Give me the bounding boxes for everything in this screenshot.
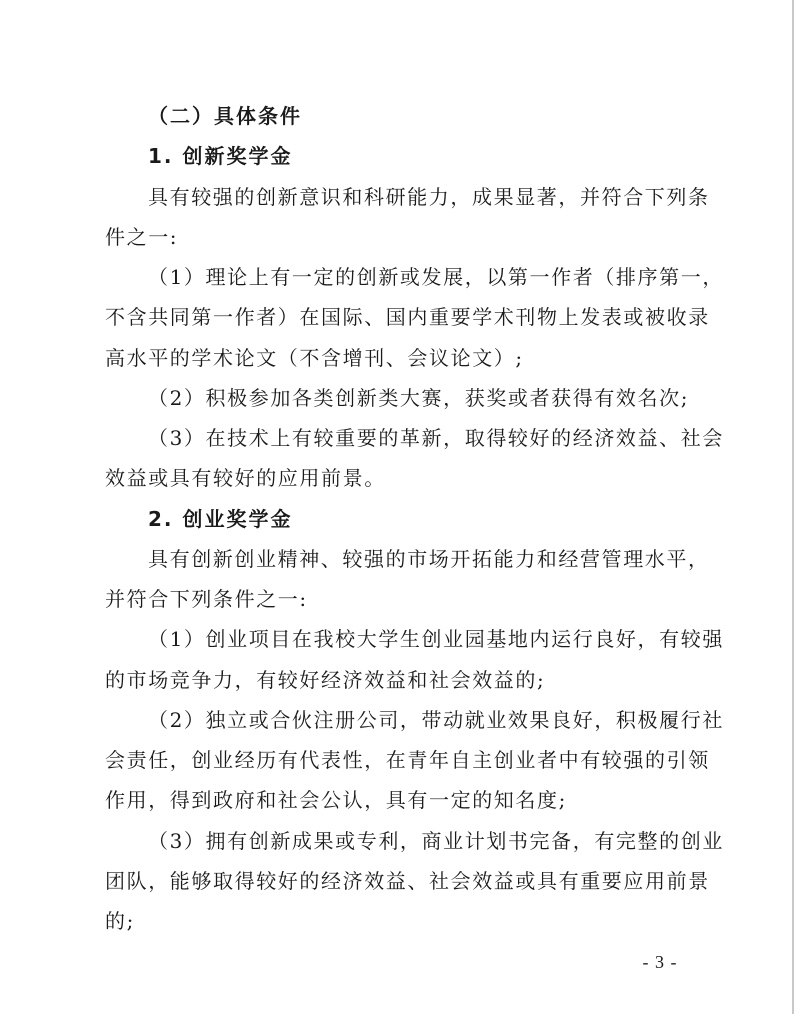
entrepreneurship-intro-line-1: 具有创新创业精神、较强的市场开拓能力和经营管理水平， <box>105 539 695 579</box>
section-heading: （二）具体条件 <box>105 96 695 136</box>
innovation-condition-1-line-1: （1）理论上有一定的创新或发展，以第一作者（排序第一， <box>105 257 695 297</box>
innovation-intro-line-1: 具有较强的创新意识和科研能力，成果显著，并符合下列条 <box>105 177 695 217</box>
entrepreneurship-condition-2-line-3: 作用，得到政府和社会公认，具有一定的知名度; <box>105 780 695 820</box>
entrepreneurship-condition-3-line-1: （3）拥有创新成果或专利，商业计划书完备，有完整的创业 <box>105 821 695 861</box>
innovation-condition-2-line-1: （2）积极参加各类创新类大赛，获奖或者获得有效名次; <box>105 378 695 418</box>
page-number: - 3 - <box>635 952 685 973</box>
entrepreneurship-condition-1-line-2: 的市场竞争力，有较好经济效益和社会效益的; <box>105 660 695 700</box>
innovation-condition-3-line-1: （3）在技术上有较重要的革新，取得较好的经济效益、社会 <box>105 418 695 458</box>
innovation-condition-1-line-3: 高水平的学术论文（不含增刊、会议论文）; <box>105 338 695 378</box>
entrepreneurship-condition-2-line-1: （2）独立或合伙注册公司，带动就业效果良好，积极履行社 <box>105 700 695 740</box>
entrepreneurship-condition-3-line-2: 团队，能够取得较好的经济效益、社会效益或具有重要应用前景 <box>105 861 695 901</box>
innovation-condition-1-line-2: 不含共同第一作者）在国际、国内重要学术刊物上发表或被收录 <box>105 297 695 337</box>
innovation-condition-3-line-2: 效益或具有较好的应用前景。 <box>105 458 695 498</box>
innovation-scholarship-title: 1. 创新奖学金 <box>105 136 695 176</box>
entrepreneurship-condition-1-line-1: （1）创业项目在我校大学生创业园基地内运行良好，有较强 <box>105 619 695 659</box>
entrepreneurship-scholarship-title: 2. 创业奖学金 <box>105 499 695 539</box>
document-page: （二）具体条件 1. 创新奖学金 具有较强的创新意识和科研能力，成果显著，并符合… <box>0 0 794 1014</box>
entrepreneurship-condition-2-line-2: 会责任，创业经历有代表性，在青年自主创业者中有较强的引领 <box>105 740 695 780</box>
entrepreneurship-intro-line-2: 并符合下列条件之一: <box>105 579 695 619</box>
innovation-intro-line-2: 件之一: <box>105 217 695 257</box>
entrepreneurship-condition-3-line-3: 的; <box>105 901 695 941</box>
document-body: （二）具体条件 1. 创新奖学金 具有较强的创新意识和科研能力，成果显著，并符合… <box>105 96 695 941</box>
